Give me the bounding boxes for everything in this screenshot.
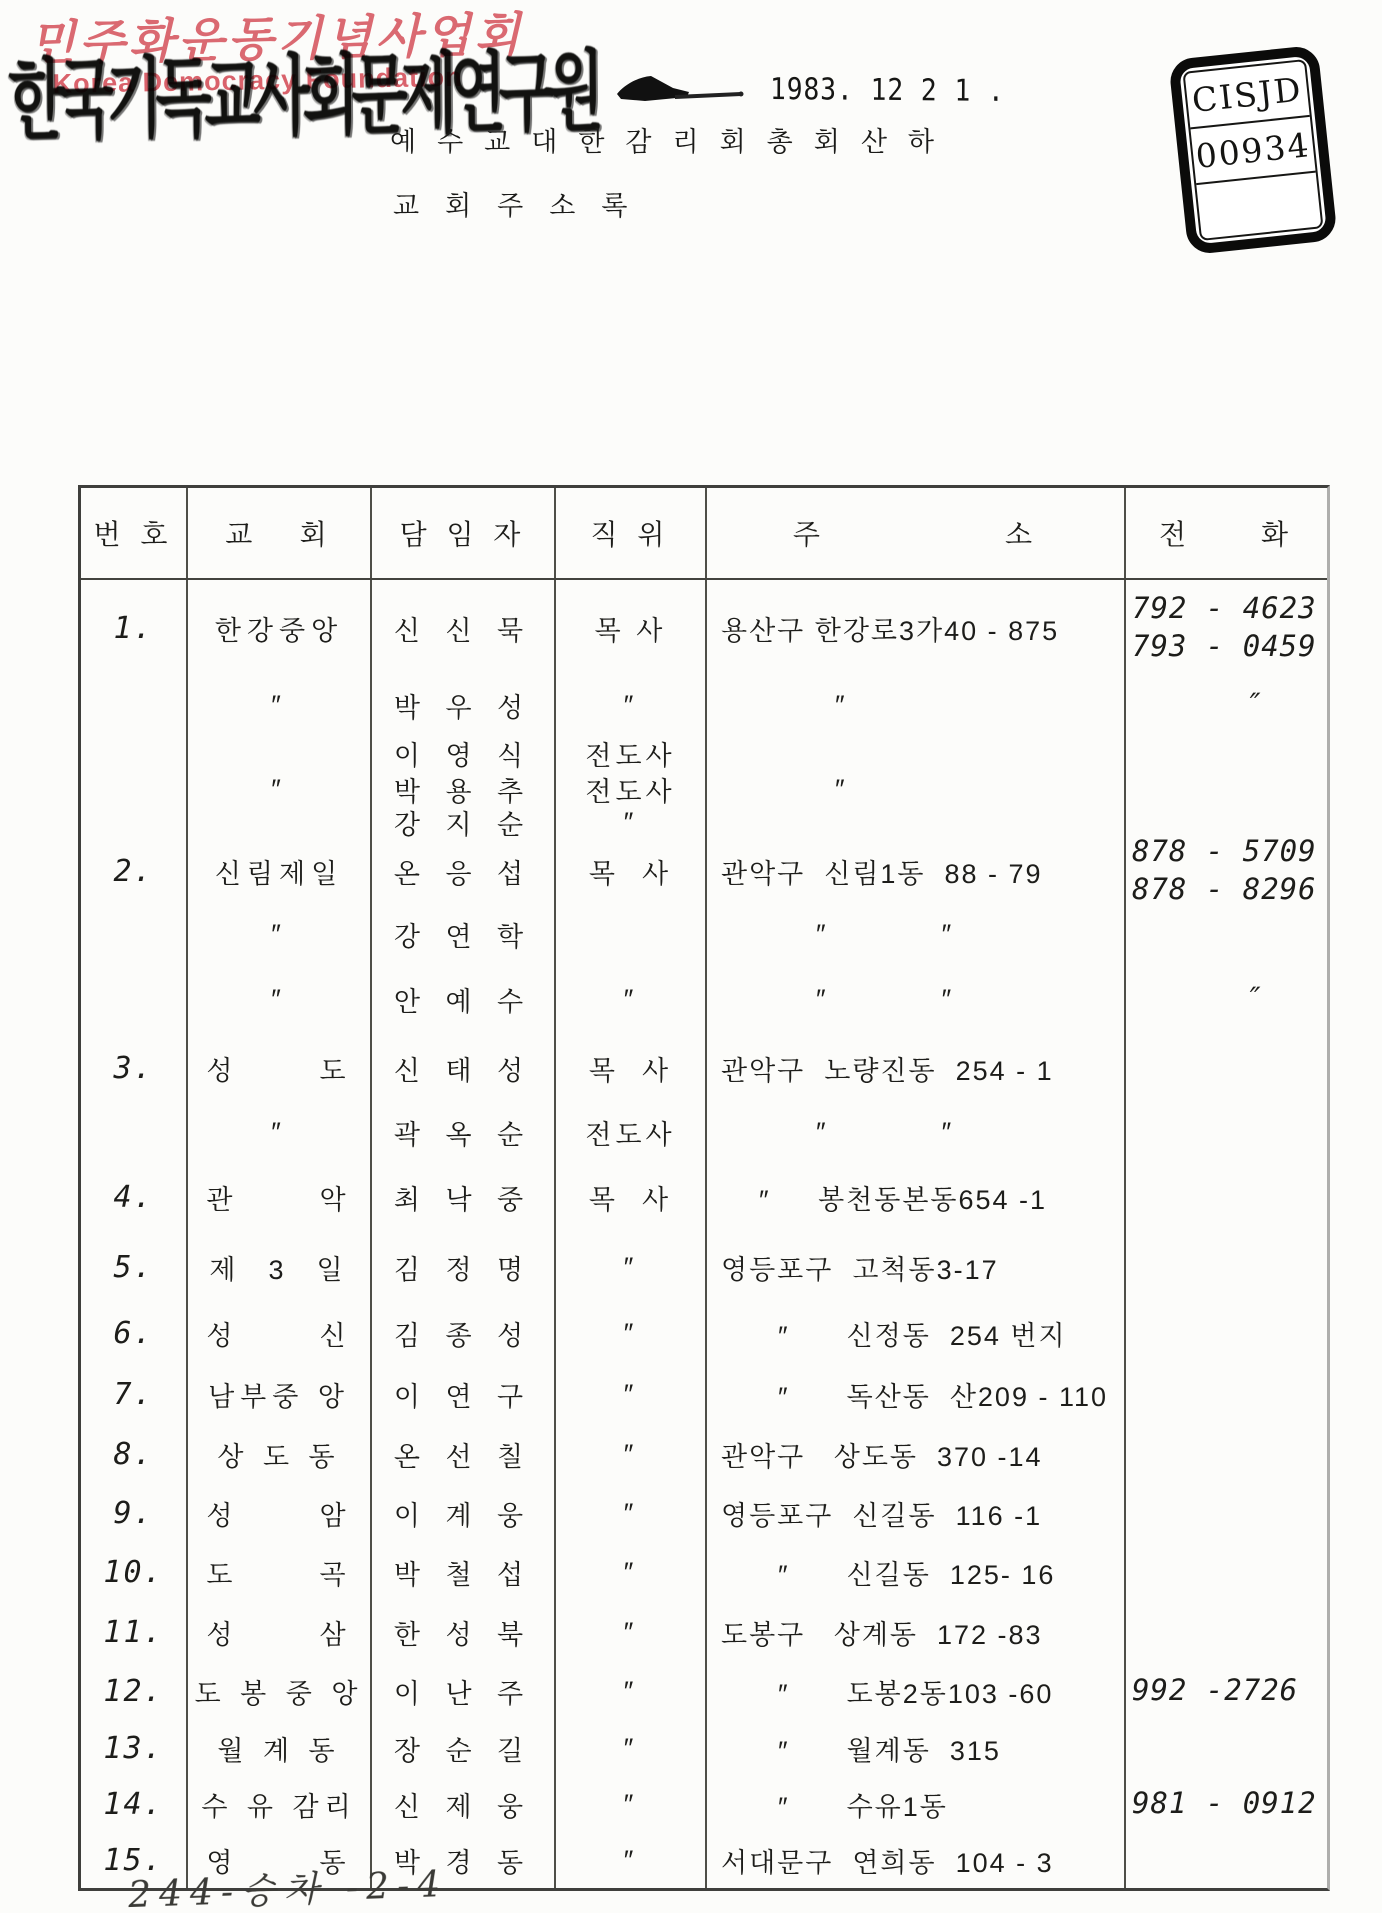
table-row: 5. 제 3 일 김 정 명 ″ 영등포구 고척동3-17 (81, 1232, 1327, 1302)
address-cell: 관악구 노량진동 254 - 1 (707, 1034, 1126, 1102)
position-cell: 목 사 (556, 838, 707, 904)
header-church: 교 회 (188, 488, 372, 578)
position-cell: ″ (556, 1662, 707, 1720)
position-cell: ″ (556, 1832, 707, 1888)
pastor-name-cell: 온 응 섭 (372, 838, 556, 904)
pastor-name-cell: 최 낙 중 (372, 1162, 556, 1232)
position-cell: ″ (556, 964, 707, 1034)
row-number-cell: 9. (81, 1484, 188, 1542)
pastor-name-cell: 곽 옥 순 (372, 1102, 556, 1162)
row-number-cell: 12. (81, 1662, 188, 1720)
table-row: ″ 강 연 학 ″ ″ (81, 904, 1327, 964)
church-name-cell: ″ (188, 964, 372, 1034)
row-number-cell: 11. (81, 1602, 188, 1662)
pastor-name-cell: 이 연 구 (372, 1364, 556, 1424)
church-name-cell (188, 806, 372, 838)
church-name-cell: ″ (188, 1102, 372, 1162)
address-cell (707, 734, 1126, 772)
pastor-name-cell: 이 영 식 (372, 734, 556, 772)
church-name-cell (188, 734, 372, 772)
table-row: 이 영 식 전도사 (81, 734, 1327, 772)
phone-cell (1126, 1364, 1327, 1424)
phone-cell (1126, 1034, 1327, 1102)
position-cell: 목 사 (556, 1162, 707, 1232)
row-number-cell (81, 806, 188, 838)
pastor-name-cell: 한 성 북 (372, 1602, 556, 1662)
church-name-cell: 도 봉 중 앙 (188, 1662, 372, 1720)
address-cell: 영등포구 고척동3-17 (707, 1232, 1126, 1302)
address-cell: 서대문구 연희동 104 - 3 (707, 1832, 1126, 1888)
pastor-name-cell: 안 예 수 (372, 964, 556, 1034)
row-number-cell (81, 676, 188, 734)
phone-cell (1126, 904, 1327, 964)
position-cell: ″ (556, 1232, 707, 1302)
church-name-cell: ″ (188, 772, 372, 806)
pastor-name-cell: 강 지 순 (372, 806, 556, 838)
position-cell: ″ (556, 1424, 707, 1484)
phone-cell: ″ (1126, 964, 1327, 1034)
phone-cell (1126, 806, 1327, 838)
table-row: 10. 도 곡 박 철 섭 ″ ″ 신길동 125- 16 (81, 1542, 1327, 1602)
date-stamp: 1983. 12 2 1 . (770, 72, 1005, 109)
church-name-cell: 한강중앙 (188, 580, 372, 676)
row-number-cell: 14. (81, 1776, 188, 1832)
address-cell: 관악구 상도동 370 -14 (707, 1424, 1126, 1484)
church-name-cell: ″ (188, 904, 372, 964)
position-cell: 전도사 (556, 772, 707, 806)
phone-cell (1126, 1484, 1327, 1542)
table-row: 14. 수 유 감리 신 제 웅 ″ ″ 수유1동 981 - 0912 (81, 1776, 1327, 1832)
table-row: 4. 관 악 최 낙 중 목 사 ″ 봉천동본동654 -1 (81, 1162, 1327, 1232)
table-row: 8. 상 도 동 온 선 칠 ″ 관악구 상도동 370 -14 (81, 1424, 1327, 1484)
address-cell: ″ ″ (707, 904, 1126, 964)
address-cell: ″ ″ (707, 1102, 1126, 1162)
position-cell: ″ (556, 1776, 707, 1832)
table-row: 13. 월 계 동 장 순 길 ″ ″ 월계동 315 (81, 1720, 1327, 1776)
address-cell: 관악구 신림1동 88 - 79 (707, 838, 1126, 904)
phone-cell (1126, 1232, 1327, 1302)
phone-cell (1126, 1832, 1327, 1888)
church-name-cell: 제 3 일 (188, 1232, 372, 1302)
address-cell: ″ 월계동 315 (707, 1720, 1126, 1776)
handwritten-arrow-icon (615, 72, 745, 111)
address-cell: ″ 봉천동본동654 -1 (707, 1162, 1126, 1232)
pastor-name-cell: 신 신 묵 (372, 580, 556, 676)
address-cell: ″ ″ (707, 964, 1126, 1034)
table-row: 강 지 순 ″ (81, 806, 1327, 838)
row-number-cell: 7. (81, 1364, 188, 1424)
document-title: 교회주소록 (393, 184, 653, 223)
row-number-cell (81, 964, 188, 1034)
address-cell: ″ (707, 772, 1126, 806)
phone-cell (1126, 1542, 1327, 1602)
phone-cell (1126, 1424, 1327, 1484)
row-number-cell: 1. (81, 580, 188, 676)
pastor-name-cell: 신 제 웅 (372, 1776, 556, 1832)
address-cell: ″ 신정동 254 번지 (707, 1302, 1126, 1364)
row-number-cell: 6. (81, 1302, 188, 1364)
phone-cell: ″ (1126, 676, 1327, 734)
pastor-name-cell: 이 난 주 (372, 1662, 556, 1720)
table-row: 6. 성 신 김 종 성 ″ ″ 신정동 254 번지 (81, 1302, 1327, 1364)
pastor-name-cell: 장 순 길 (372, 1720, 556, 1776)
table-row: ″ 곽 옥 순 전도사 ″ ″ (81, 1102, 1327, 1162)
table-row: ″ 박 용 추 전도사 ″ (81, 772, 1327, 806)
position-cell: ″ (556, 1602, 707, 1662)
archive-stamp: CISJD 00934 (1168, 45, 1338, 256)
address-cell: ″ 도봉2동103 -60 (707, 1662, 1126, 1720)
row-number-cell: 4. (81, 1162, 188, 1232)
pastor-name-cell: 강 연 학 (372, 904, 556, 964)
phone-cell (1126, 1720, 1327, 1776)
denomination-subtitle: 예수교대한감리회총회산하 (390, 120, 955, 159)
row-number-cell: 2. (81, 838, 188, 904)
pastor-name-cell: 박 철 섭 (372, 1542, 556, 1602)
pastor-name-cell: 박 우 성 (372, 676, 556, 734)
church-name-cell: ″ (188, 676, 372, 734)
header-pastor: 담 임 자 (372, 488, 556, 578)
row-number-cell: 13. (81, 1720, 188, 1776)
position-cell: ″ (556, 806, 707, 838)
position-cell: 전도사 (556, 1102, 707, 1162)
row-number-cell: 3. (81, 1034, 188, 1102)
position-cell (556, 904, 707, 964)
church-name-cell: 상 도 동 (188, 1424, 372, 1484)
table-row: 1. 한강중앙 신 신 묵 목 사 용산구 한강로3가40 - 875 792 … (81, 580, 1327, 676)
pastor-name-cell: 온 선 칠 (372, 1424, 556, 1484)
address-cell: 영등포구 신길동 116 -1 (707, 1484, 1126, 1542)
church-name-cell: 관 악 (188, 1162, 372, 1232)
position-cell: ″ (556, 676, 707, 734)
church-name-cell: 월 계 동 (188, 1720, 372, 1776)
position-cell: ″ (556, 1720, 707, 1776)
pastor-name-cell: 이 계 웅 (372, 1484, 556, 1542)
address-cell: ″ 수유1동 (707, 1776, 1126, 1832)
scanned-document-page: 한국기독교사회문제연구원 민주화운동기념사업회 Korea Democracy … (0, 0, 1382, 1913)
church-name-cell: 수 유 감리 (188, 1776, 372, 1832)
row-number-cell (81, 772, 188, 806)
handwritten-note: 244-승차 -2-4 (127, 1856, 449, 1913)
phone-cell (1126, 772, 1327, 806)
church-name-cell: 성 도 (188, 1034, 372, 1102)
pastor-name-cell: 김 종 성 (372, 1302, 556, 1364)
address-cell: ″ 신길동 125- 16 (707, 1542, 1126, 1602)
table-row: ″ 안 예 수 ″ ″ ″ ″ (81, 964, 1327, 1034)
table-row: 2. 신림제일 온 응 섭 목 사 관악구 신림1동 88 - 79 878 -… (81, 838, 1327, 904)
phone-cell (1126, 1102, 1327, 1162)
row-number-cell: 10. (81, 1542, 188, 1602)
phone-cell (1126, 734, 1327, 772)
phone-cell: 878 - 5709 878 - 8296 (1126, 838, 1327, 904)
row-number-cell (81, 904, 188, 964)
church-name-cell: 성 암 (188, 1484, 372, 1542)
address-cell: 용산구 한강로3가40 - 875 (707, 580, 1126, 676)
church-name-cell: 남부중 앙 (188, 1364, 372, 1424)
address-cell: ″ 독산동 산209 - 110 (707, 1364, 1126, 1424)
header-number: 번 호 (81, 488, 188, 578)
position-cell: ″ (556, 1302, 707, 1364)
pastor-name-cell: 김 정 명 (372, 1232, 556, 1302)
address-cell: 도봉구 상계동 172 -83 (707, 1602, 1126, 1662)
table-row: 9. 성 암 이 계 웅 ″ 영등포구 신길동 116 -1 (81, 1484, 1327, 1542)
position-cell: 목 사 (556, 580, 707, 676)
church-name-cell: 도 곡 (188, 1542, 372, 1602)
position-cell: ″ (556, 1542, 707, 1602)
church-name-cell: 성 삼 (188, 1602, 372, 1662)
phone-cell (1126, 1162, 1327, 1232)
stamp-empty-cell (1196, 171, 1321, 239)
phone-cell (1126, 1302, 1327, 1364)
position-cell: 목 사 (556, 1034, 707, 1102)
table-row: 7. 남부중 앙 이 연 구 ″ ″ 독산동 산209 - 110 (81, 1364, 1327, 1424)
row-number-cell (81, 1102, 188, 1162)
table-row: 12. 도 봉 중 앙 이 난 주 ″ ″ 도봉2동103 -60 992 -2… (81, 1662, 1327, 1720)
church-name-cell: 신림제일 (188, 838, 372, 904)
table-row: ″ 박 우 성 ″ ″ ″ (81, 676, 1327, 734)
header-address: 주 소 (707, 488, 1126, 578)
archive-stamp-frame: CISJD 00934 (1182, 59, 1323, 241)
table-row: 3. 성 도 신 태 성 목 사 관악구 노량진동 254 - 1 (81, 1034, 1327, 1102)
phone-cell (1126, 1602, 1327, 1662)
table-row: 11. 성 삼 한 성 북 ″ 도봉구 상계동 172 -83 (81, 1602, 1327, 1662)
address-cell: ″ (707, 676, 1126, 734)
position-cell: 전도사 (556, 734, 707, 772)
phone-cell: 981 - 0912 (1126, 1776, 1327, 1832)
header-position: 직 위 (556, 488, 707, 578)
table-header-row: 번 호 교 회 담 임 자 직 위 주 소 전 화 (81, 488, 1327, 580)
row-number-cell: 8. (81, 1424, 188, 1484)
position-cell: ″ (556, 1484, 707, 1542)
pastor-name-cell: 신 태 성 (372, 1034, 556, 1102)
row-number-cell (81, 734, 188, 772)
phone-cell: 992 -2726 (1126, 1662, 1327, 1720)
pastor-name-cell: 박 용 추 (372, 772, 556, 806)
church-address-table: 번 호 교 회 담 임 자 직 위 주 소 전 화 1. 한강중앙 신 신 묵 … (78, 485, 1330, 1891)
address-cell (707, 806, 1126, 838)
church-name-cell: 성 신 (188, 1302, 372, 1364)
header-phone: 전 화 (1126, 488, 1327, 578)
phone-cell: 792 - 4623 793 - 0459 (1126, 580, 1327, 676)
position-cell: ″ (556, 1364, 707, 1424)
row-number-cell: 5. (81, 1232, 188, 1302)
